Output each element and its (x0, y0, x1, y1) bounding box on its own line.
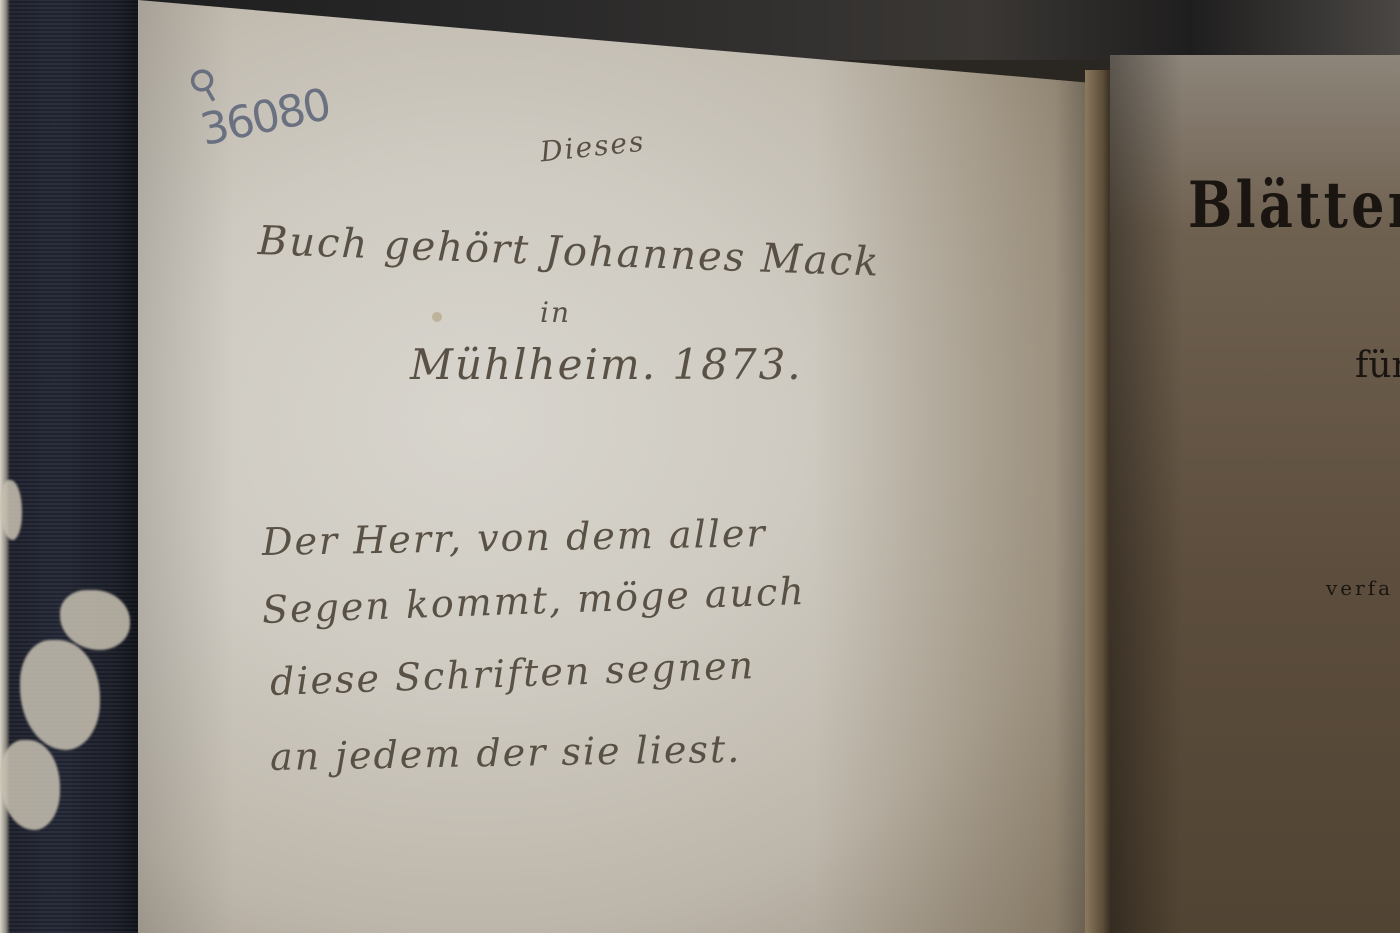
author-line-fragment: verfa (1326, 576, 1393, 600)
cloth-spine (0, 0, 142, 933)
spine-wear-patch (0, 480, 22, 540)
blessing-line: Der Herr, von dem aller (262, 511, 767, 564)
spine-wear-patch (60, 590, 130, 650)
spine-wear-patch (20, 640, 100, 750)
inscription-line: in (540, 296, 571, 329)
book-photo: Blätter für verfa ⚲ 36080 Dieses Buch ge… (0, 0, 1400, 933)
title-word: Blätter (1188, 168, 1400, 243)
paper-stain (432, 312, 442, 322)
inscription-line: Mühlheim. 1873. (410, 340, 803, 389)
blessing-line: an jedem der sie liest. (270, 727, 742, 779)
subtitle-fragment: für (1355, 345, 1400, 386)
